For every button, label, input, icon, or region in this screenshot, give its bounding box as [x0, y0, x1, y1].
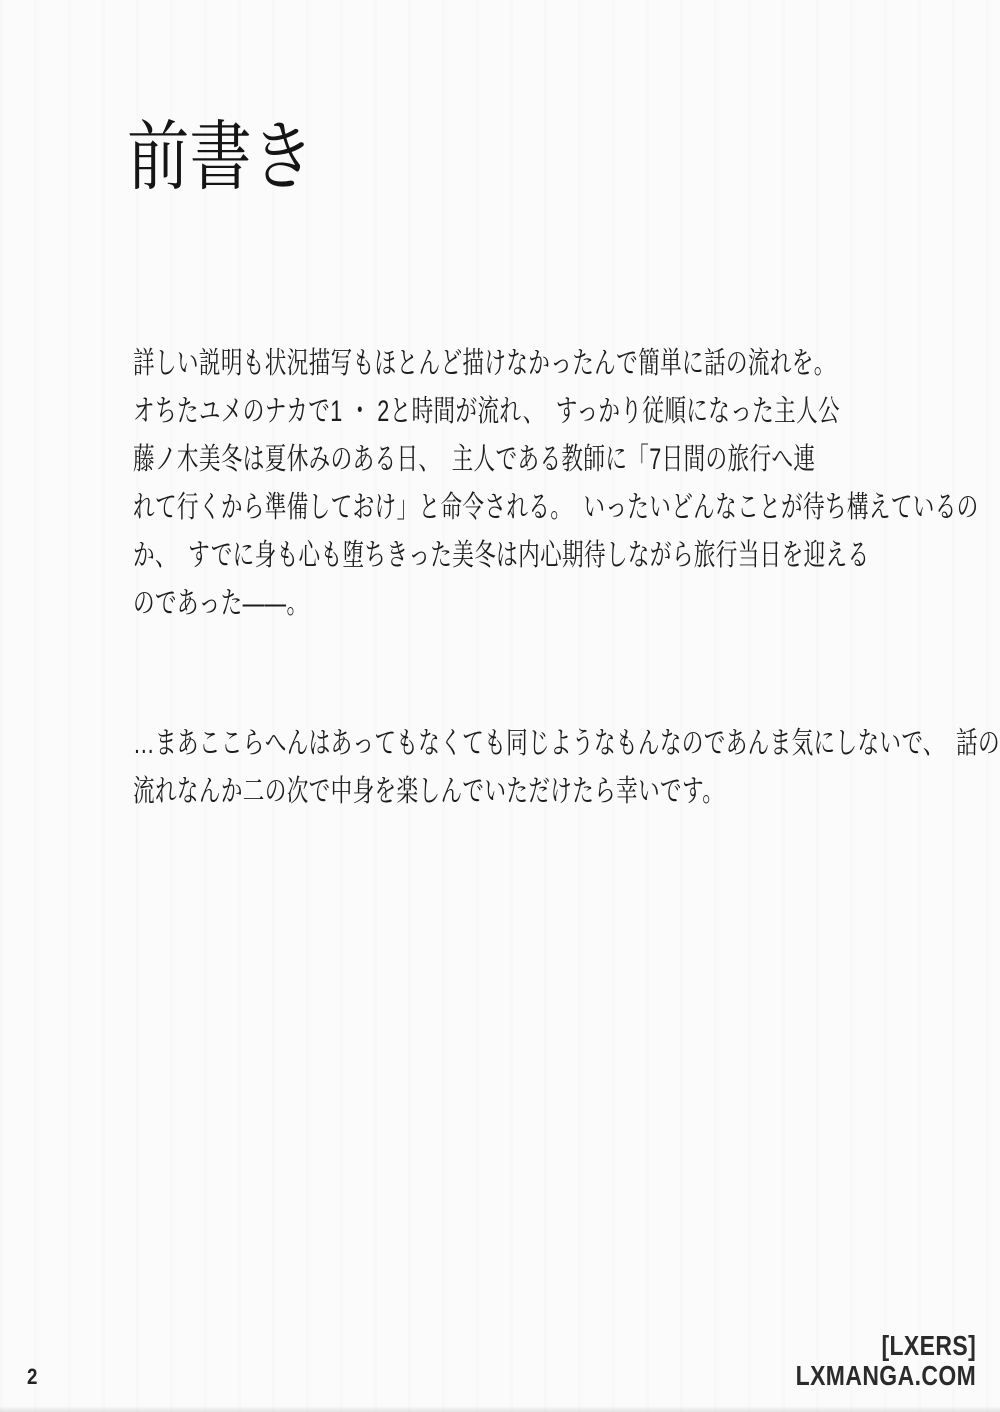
- watermark-group-tag: [LXERS]: [795, 1331, 976, 1361]
- paragraph-line: …まあここらへんはあってもなくても同じようなもんなのであんま気にしないで、 話の: [133, 720, 738, 768]
- author-note-paragraph: …まあここらへんはあってもなくても同じようなもんなのであんま気にしないで、 話の…: [133, 720, 973, 816]
- paragraph-line: のであった――。: [133, 580, 738, 628]
- paragraph-line: 詳しい説明も状況描写もほとんど描けなかったんで簡単に話の流れを。: [133, 340, 738, 388]
- paragraph-line: れて行くから準備しておけ」と命令される。 いったいどんなことが待ち構えているの: [133, 484, 738, 532]
- page-number: 2: [27, 1364, 37, 1390]
- paragraph-line: 流れなんか二の次で中身を楽しんでいただけたら幸いです。: [133, 768, 738, 816]
- story-summary-paragraph: 詳しい説明も状況描写もほとんど描けなかったんで簡単に話の流れを。 オちたユメのナ…: [133, 340, 973, 628]
- watermark: [LXERS] LXMANGA.COM: [795, 1331, 976, 1391]
- paragraph-line: オちたユメのナカで1 ・ 2と時間が流れ、 すっかり従順になった主人公: [133, 388, 738, 436]
- watermark-site-url: LXMANGA.COM: [795, 1361, 976, 1391]
- paragraph-line: 藤ノ木美冬は夏休みのある日、 主人である教師に「7日間の旅行へ連: [133, 436, 738, 484]
- paragraph-line: か、 すでに身も心も堕ちきった美冬は内心期待しながら旅行当日を迎える: [133, 532, 738, 580]
- page-title: 前書き: [127, 120, 314, 196]
- scanned-manga-preface-page: 前書き 詳しい説明も状況描写もほとんど描けなかったんで簡単に話の流れを。 オちた…: [0, 0, 1000, 1412]
